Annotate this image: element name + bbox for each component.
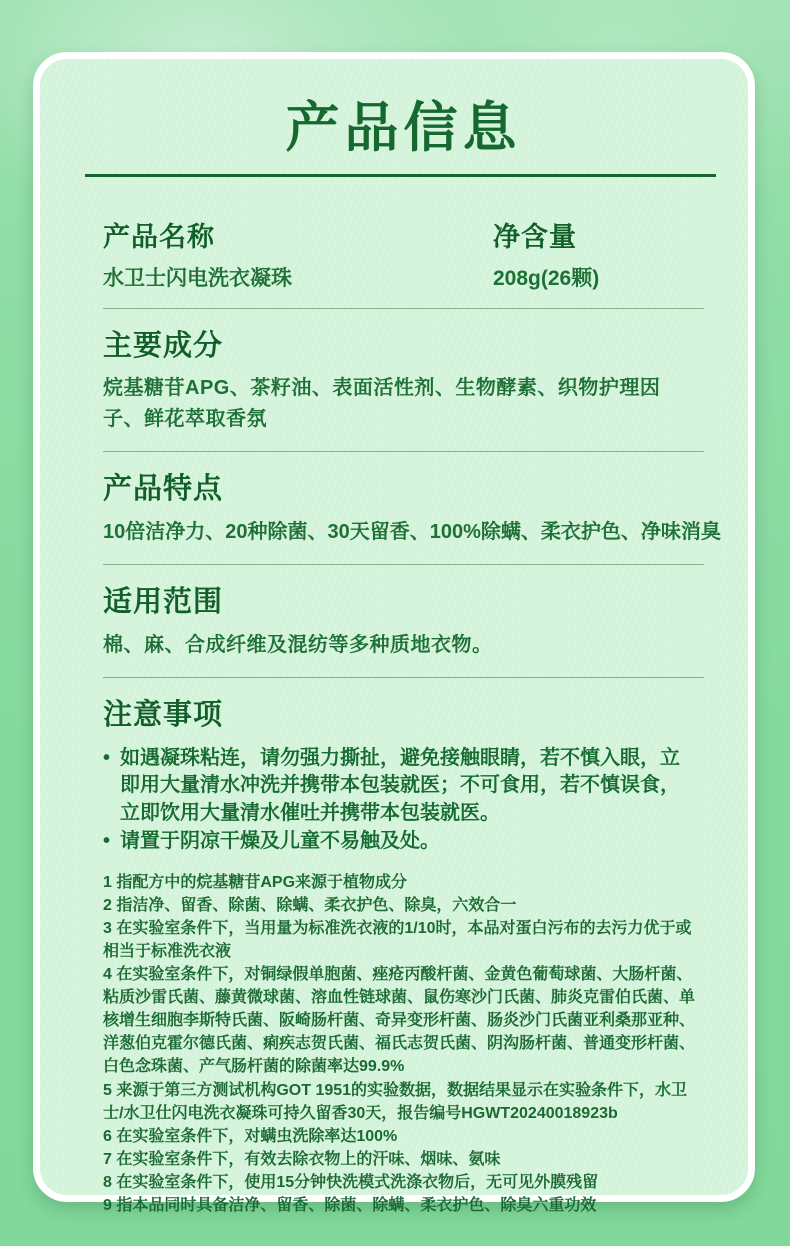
net-content-label: 净含量 [493, 221, 704, 253]
product-name-label: 产品名称 [103, 221, 493, 253]
footnote-3: 3 在实验室条件下，当用量为标准洗衣液的1/10时，本品对蛋白污布的去污力优于或… [103, 917, 704, 963]
product-info-row: 产品名称 水卫士闪电洗衣凝珠 净含量 208g(26颗) [103, 221, 704, 292]
section-heading-features: 产品特点 [103, 472, 704, 507]
footnote-2: 2 指洁净、留香、除菌、除螨、柔衣护色、除臭，六效合一 [103, 894, 704, 917]
precaution-list: • 如遇凝珠粘连，请勿强力撕扯，避免接触眼睛，若不慎入眼，立即用大量清水冲洗并携… [103, 745, 689, 855]
footnotes-block: 1 指配方中的烷基糖苷APG来源于植物成分 2 指洁净、留香、除菌、除螨、柔衣护… [103, 871, 704, 1216]
footnote-4: 4 在实验室条件下，对铜绿假单胞菌、痤疮丙酸杆菌、金黄色葡萄球菌、大肠杆菌、粘质… [103, 963, 704, 1078]
footnote-1: 1 指配方中的烷基糖苷APG来源于植物成分 [103, 871, 704, 894]
bullet-dot-icon: • [103, 745, 110, 773]
footnote-7: 7 在实验室条件下，有效去除衣物上的汗味、烟味、氨味 [103, 1148, 704, 1171]
net-content-block: 净含量 208g(26颗) [493, 221, 704, 292]
footnote-6: 6 在实验室条件下，对螨虫洗除率达100% [103, 1125, 704, 1148]
footnote-9: 9 指本品同时具备洁净、留香、除菌、除螨、柔衣护色、除臭六重功效 [103, 1194, 704, 1217]
section-main-ingredients: 主要成分 烷基糖苷APG、茶籽油、表面活性剂、生物酵素、织物护理因子、鲜花萃取香… [103, 329, 704, 436]
title-divider [85, 174, 716, 177]
section-body-features: 10倍洁净力、20种除菌、30天留香、100%除螨、柔衣护色、净味消臭 [103, 517, 704, 548]
section-body-range: 棉、麻、合成纤维及混纺等多种质地衣物。 [103, 630, 687, 661]
section-heading-ingredients: 主要成分 [103, 329, 704, 364]
precaution-item: • 如遇凝珠粘连，请勿强力撕扯，避免接触眼睛，若不慎入眼，立即用大量清水冲洗并携… [103, 745, 689, 828]
product-name-value: 水卫士闪电洗衣凝珠 [103, 266, 493, 291]
section-body-ingredients: 烷基糖苷APG、茶籽油、表面活性剂、生物酵素、织物护理因子、鲜花萃取香氛 [103, 373, 687, 435]
footnote-5: 5 来源于第三方测试机构GOT 1951的实验数据，数据结果显示在实验条件下，水… [103, 1079, 704, 1125]
section-divider [103, 451, 704, 452]
net-content-value: 208g(26颗) [493, 266, 704, 291]
precaution-text: 如遇凝珠粘连，请勿强力撕扯，避免接触眼睛，若不慎入眼，立即用大量清水冲洗并携带本… [120, 747, 680, 824]
section-heading-precautions: 注意事项 [103, 698, 704, 733]
precaution-text: 请置于阴凉干燥及儿童不易触及处。 [120, 830, 440, 852]
product-name-block: 产品名称 水卫士闪电洗衣凝珠 [103, 221, 493, 292]
section-divider [103, 677, 704, 678]
section-divider [103, 308, 704, 309]
section-applicable-range: 适用范围 棉、麻、合成纤维及混纺等多种质地衣物。 [103, 585, 704, 661]
section-product-features: 产品特点 10倍洁净力、20种除菌、30天留香、100%除螨、柔衣护色、净味消臭 [103, 472, 704, 548]
section-divider [103, 564, 704, 565]
bullet-dot-icon: • [103, 828, 110, 856]
precaution-item: • 请置于阴凉干燥及儿童不易触及处。 [103, 828, 689, 856]
section-precautions: 注意事项 • 如遇凝珠粘连，请勿强力撕扯，避免接触眼睛，若不慎入眼，立即用大量清… [103, 698, 704, 855]
page-title: 产品信息 [103, 97, 704, 159]
section-heading-range: 适用范围 [103, 585, 704, 620]
product-info-card: 产品信息 产品名称 水卫士闪电洗衣凝珠 净含量 208g(26颗) 主要成分 烷… [33, 52, 755, 1202]
footnote-8: 8 在实验室条件下，使用15分钟快洗模式洗涤衣物后，无可见外膜残留 [103, 1171, 704, 1194]
